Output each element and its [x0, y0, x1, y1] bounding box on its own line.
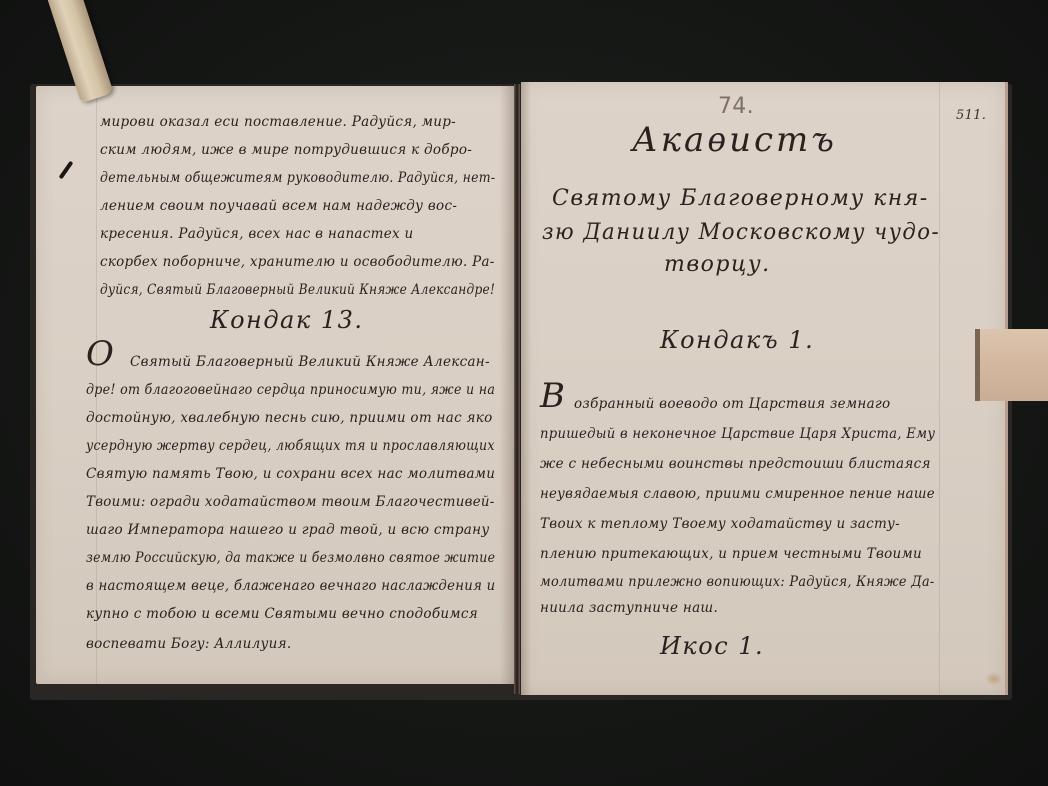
text-line: Твоими: огради ходатайством твоим Благоч…: [86, 494, 495, 510]
text-line: Святую память Твою, и сохрани всех нас м…: [86, 466, 495, 482]
gutter-shadow: [521, 82, 531, 695]
subtitle-line: зю Даниилу Московскому чудо-: [542, 220, 940, 245]
text-line: плению притекающих, и прием честными Тво…: [540, 546, 922, 562]
drop-cap: В: [540, 376, 565, 416]
folio-number: 511.: [956, 108, 986, 123]
text-line: кресения. Радуйся, всех нас в напастех и: [100, 226, 414, 242]
gutter-shadow: [500, 86, 514, 684]
text-line: воспевати Богу: Аллилуия.: [86, 636, 291, 652]
text-line: ским людям, иже в мире потрудившися к до…: [100, 142, 472, 158]
text-line: шаго Императора нашего и град твой, и вс…: [86, 522, 489, 538]
book-spine: [514, 84, 520, 694]
text-line: молитвами прилежно вопиющих: Радуйся, Кн…: [540, 574, 935, 590]
text-line: озбранный воеводо от Царствия земнаго: [574, 396, 890, 412]
text-line: дре! от благоговейнаго сердца приносимую…: [86, 382, 495, 398]
photo-scene: мирови оказал еси поставление. Радуйся, …: [0, 0, 1048, 786]
text-line: же с небесными воинствы предстоиши блист…: [540, 456, 931, 472]
text-line: землю Российскую, да также и безмолвно с…: [86, 550, 495, 566]
paper-stain: [985, 672, 1003, 686]
kontakion-13-heading: Кондак 13.: [210, 306, 363, 334]
page-title: Акаѳистъ: [632, 120, 837, 160]
text-line: лением своим поучавай всем нам надежду в…: [100, 198, 457, 214]
text-line: купно с тобою и всеми Святыми вечно спод…: [86, 606, 478, 622]
text-line: неувядаемыя славою, приими смиренное пен…: [540, 486, 935, 502]
kontakion-1-heading: Кондакъ 1.: [660, 326, 814, 354]
subtitle-line: Святому Благоверному кня-: [552, 186, 929, 211]
wooden-page-weight-block: [975, 329, 1048, 401]
margin-rule: [939, 82, 940, 695]
text-line: Твоих к теплому Твоему ходатайству и зас…: [540, 516, 900, 532]
text-line: скорбех поборниче, хранителю и освободит…: [100, 254, 495, 270]
text-line: пришедый в неконечное Царствие Царя Хрис…: [540, 426, 935, 442]
text-line: ниила заступниче наш.: [540, 600, 718, 616]
text-line: достойную, хвалебную песнь сию, приими о…: [86, 410, 493, 426]
drop-cap: О: [86, 334, 114, 374]
pencil-page-number: 74.: [718, 94, 754, 119]
text-line: Святый Благоверный Великий Княже Алексан…: [130, 354, 490, 370]
text-line: дуйся, Святый Благоверный Великий Княже …: [100, 282, 495, 298]
text-line: детельным общежитеям руководителю. Радуй…: [100, 170, 495, 186]
subtitle-line: творцу.: [664, 252, 771, 277]
text-line: усердную жертву сердец, любящих тя и про…: [86, 438, 495, 454]
text-line: в настоящем веце, блаженаго вечнаго насл…: [86, 578, 495, 594]
text-line: мирови оказал еси поставление. Радуйся, …: [100, 114, 456, 130]
ikos-1-heading: Икос 1.: [660, 632, 764, 660]
